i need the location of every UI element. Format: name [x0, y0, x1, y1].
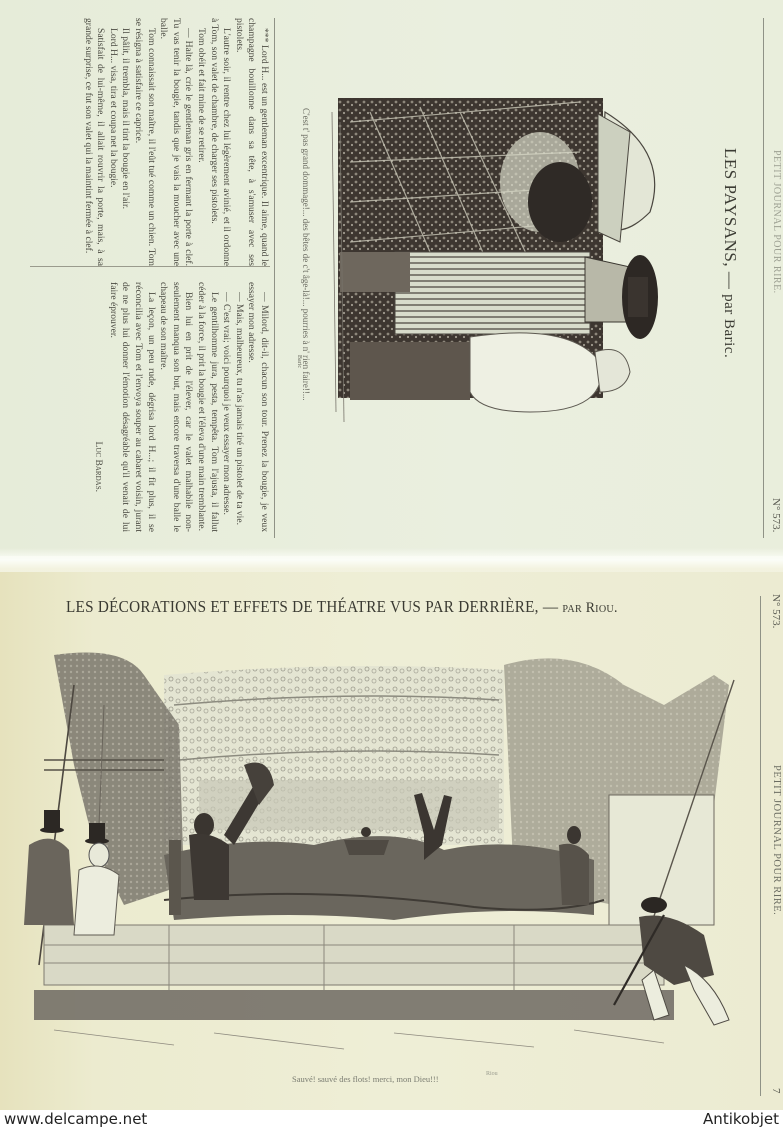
bottom-running-head: PETIT JOURNAL POUR RIRE.: [771, 765, 782, 915]
title-dash: —: [543, 597, 558, 616]
story-paragraph: L'autre soir, il rentre chez lui légèrem…: [207, 18, 232, 266]
page-number: 7: [770, 1088, 782, 1094]
story-paragraph: Bien lui en prit de l'élever, car le val…: [157, 282, 195, 532]
top-issue-number: N° 573.: [770, 498, 782, 532]
story-signature: Luc Bardas.: [92, 282, 105, 532]
bottom-page-title: LES DÉCORATIONS ET EFFETS DE THÉATRE VUS…: [66, 597, 618, 617]
story-paragraph: Lord H... visa, tira et coupa net la bou…: [106, 18, 119, 266]
top-page: *** Lord H... est un gentleman excentriq…: [0, 0, 783, 556]
story-column-2: — Milord, dit-il, chacun son tour. Prene…: [92, 282, 270, 532]
title-text: LES DÉCORATIONS ET EFFETS DE THÉATRE VUS…: [66, 597, 539, 616]
illustration-caption: C'est t' pas grand dommage!... des bêtes…: [301, 108, 311, 401]
title-author: par Riou.: [562, 600, 617, 616]
bottom-header-rule: [760, 596, 761, 1096]
bottom-illustration-caption: Sauvé! sauvé des flots! merci, mon Dieu!…: [292, 1074, 439, 1084]
story-paragraph: — Halte là, crie le gentleman gris en fe…: [157, 18, 195, 266]
story-paragraph: — Milord, dit-il, chacun son tour. Prene…: [245, 282, 270, 532]
story-paragraph: Tom connaissait son maître, il l'eût tué…: [131, 18, 156, 266]
scanned-newspaper-photo: *** Lord H... est un gentleman excentriq…: [0, 0, 783, 1110]
title-text: LES PAYSANS,: [721, 148, 740, 267]
site-watermark: www.delcampe.net: [4, 1110, 147, 1128]
story-paragraph: Tom obéit et fait mine de se retirer.: [194, 18, 207, 266]
illustration-signature: Baric: [296, 355, 302, 368]
peasants-illustration: [330, 92, 670, 432]
header-rule: [763, 18, 764, 538]
top-page-title: LES PAYSANS, — par Baric.: [720, 148, 740, 358]
title-author: par Baric.: [721, 294, 737, 358]
bottom-illustration-signature: Riou: [486, 1071, 498, 1077]
story-paragraph: Il pâlit, il trembla, mais il tint la bo…: [119, 18, 132, 266]
story-column-1: *** Lord H... est un gentleman excentriq…: [81, 18, 270, 266]
text-illustration-divider: [274, 18, 275, 538]
theatre-illustration: [14, 645, 749, 1060]
story-paragraph: — Mais, malheureux, tu n'as jamais tiré …: [232, 282, 245, 532]
top-running-head: PETIT JOURNAL POUR RIRE.: [771, 150, 782, 294]
listing-footer: www.delcampe.net Antikobjet: [0, 1110, 783, 1130]
title-dash: —: [721, 272, 740, 290]
story-paragraph: — C'est vrai; voici pourquoi je veux ess…: [220, 282, 233, 532]
column-divider: [30, 266, 270, 267]
story-paragraph: *** Lord H... est un gentleman excentriq…: [232, 18, 270, 266]
bottom-issue-number: N° 573.: [770, 594, 782, 628]
story-paragraph: La leçon, un peu rude, dégrisa lord H...…: [106, 282, 156, 532]
story-paragraph: Le gentilhomme jura, pesta, tempêta. Tom…: [194, 282, 219, 532]
seller-name: Antikobjet: [703, 1110, 779, 1128]
story-paragraph: Satisfait de lui-même, il allait rouvrir…: [81, 18, 106, 266]
